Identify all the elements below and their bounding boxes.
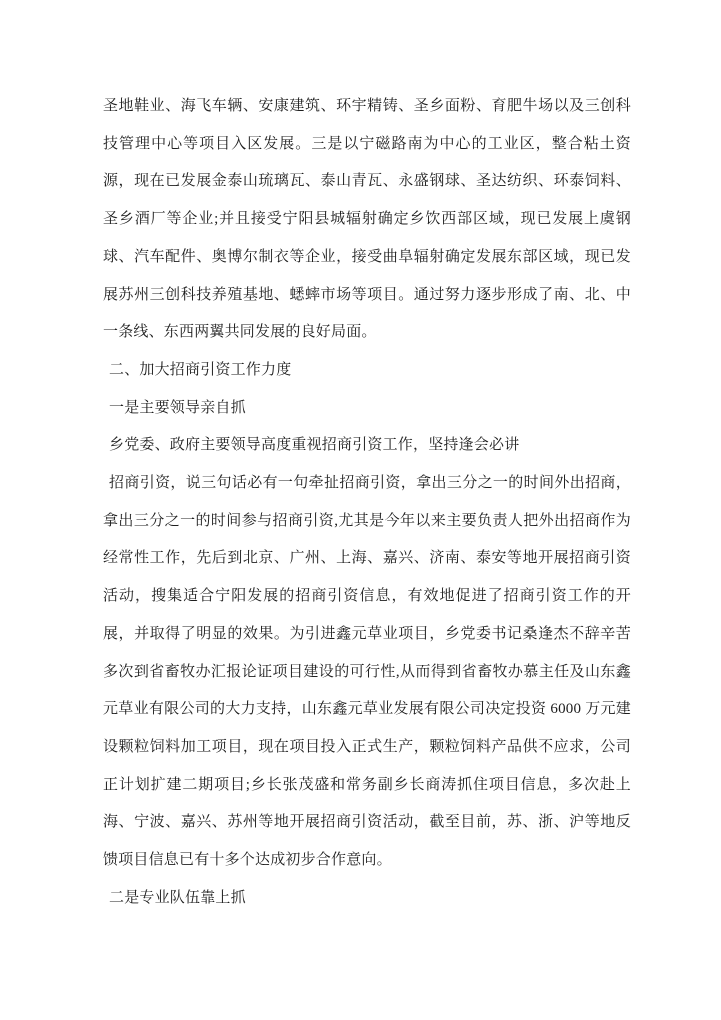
document-page: 圣地鞋业、海飞车辆、安康建筑、环宇精铸、圣乡面粉、育肥牛场以及三创科技管理中心等… [0, 0, 721, 1020]
paragraph-main: 招商引资，说三句话必有一句牵扯招商引资，拿出三分之一的时间外出招商，拿出三分之一… [103, 465, 631, 880]
section-heading: 二、加大招商引资工作力度 [103, 352, 631, 390]
paragraph-continuation: 圣地鞋业、海飞车辆、安康建筑、环宇精铸、圣乡面粉、育肥牛场以及三创科技管理中心等… [103, 88, 631, 352]
document-body: 圣地鞋业、海飞车辆、安康建筑、环宇精铸、圣乡面粉、育肥牛场以及三创科技管理中心等… [103, 88, 631, 917]
sub-heading-second: 二是专业队伍靠上抓 [103, 880, 631, 918]
paragraph-lead: 乡党委、政府主要领导高度重视招商引资工作，坚持逢会必讲 [103, 427, 631, 465]
sub-heading-first: 一是主要领导亲自抓 [103, 390, 631, 428]
